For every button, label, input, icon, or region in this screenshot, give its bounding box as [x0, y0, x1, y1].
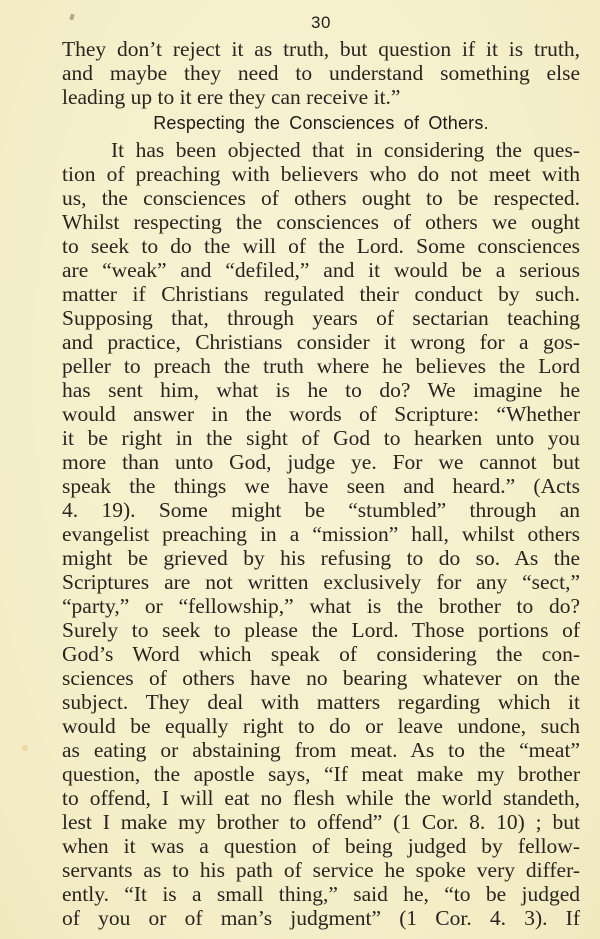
- text-line: subject. They deal with matters regardin…: [62, 690, 580, 714]
- text-line: peller to preach the truth where he beli…: [62, 354, 580, 378]
- text-line: Scriptures are not written exclusively f…: [62, 570, 580, 594]
- text-line: ently. “It is a small thing,” said he, “…: [62, 882, 580, 906]
- text-line: leading up to it ere they can receive it…: [62, 85, 580, 109]
- text-line: 4. 19). Some might be “stumbled” through…: [62, 498, 580, 522]
- text-line: has sent him, what is he to do? We imagi…: [62, 378, 580, 402]
- text-line: tion of preaching with believers who do …: [62, 162, 580, 186]
- text-line: are “weak” and “defiled,” and it would b…: [62, 258, 580, 282]
- text-line: They don’t reject it as truth, but quest…: [62, 37, 580, 61]
- text-line: might be grieved by his refusing to do s…: [62, 546, 580, 570]
- text-line: Whilst respecting the consciences of oth…: [62, 210, 580, 234]
- text-line: “party,” or “fellowship,” what is the br…: [62, 594, 580, 618]
- paragraph-first-line: It has been objected that in considering…: [62, 138, 580, 162]
- text-line: to offend, I will eat no flesh while the…: [62, 786, 580, 810]
- text-line: Supposing that, through years of sectari…: [62, 306, 580, 330]
- paper-stain: [22, 745, 28, 751]
- text-line: lest I make my brother to offend” (1 Cor…: [62, 810, 580, 834]
- text-line: of you or of man’s judgment” (1 Cor. 4. …: [62, 906, 580, 930]
- text-line: when it was a question of being judged b…: [62, 834, 580, 858]
- text-line: sciences of others have no bearing whate…: [62, 666, 580, 690]
- text-line: and maybe they need to understand someth…: [62, 61, 580, 85]
- text-line: it be right in the sight of God to heark…: [62, 426, 580, 450]
- text-line: would be equally right to do or leave un…: [62, 714, 580, 738]
- section-heading: Respecting the Consciences of Others.: [62, 113, 580, 134]
- text-line: question, the apostle says, “If meat mak…: [62, 762, 580, 786]
- text-line: to seek to do the will of the Lord. Some…: [62, 234, 580, 258]
- text-line: would answer in the words of Scripture: …: [62, 402, 580, 426]
- text-line: us, the consciences of others ought to b…: [62, 186, 580, 210]
- text-line: God’s Word which speak of considering th…: [62, 642, 580, 666]
- text-line: and practice, Christians consider it wro…: [62, 330, 580, 354]
- text-line: servants as to his path of service he sp…: [62, 858, 580, 882]
- text-line: matter if Christians regulated their con…: [62, 282, 580, 306]
- page-number: 30: [62, 13, 580, 33]
- text-line: evangelist preaching in a “mission” hall…: [62, 522, 580, 546]
- text-line: Surely to seek to please the Lord. Those…: [62, 618, 580, 642]
- text-line: more than unto God, judge ye. For we can…: [62, 450, 580, 474]
- text-line: speak the things we have seen and heard.…: [62, 474, 580, 498]
- text-line: as eating or abstaining from meat. As to…: [62, 738, 580, 762]
